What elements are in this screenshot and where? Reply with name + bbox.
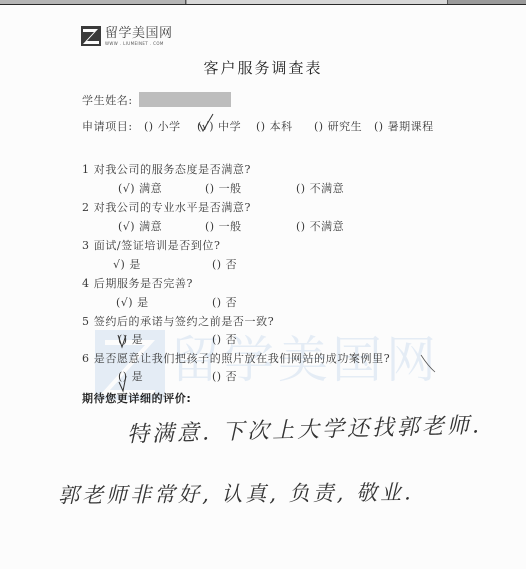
q1-option-unsatisfied[interactable]: () 不满意 — [296, 182, 344, 196]
question-5: 5 签约后的承诺与签约之前是否一致? — [82, 315, 274, 329]
q2-option-average-label: 一般 — [219, 220, 242, 233]
q2-option-satisfied[interactable]: (√) 满意 — [118, 220, 162, 234]
student-name-label: 学生姓名: — [82, 94, 133, 108]
q5-option-no[interactable]: () 否 — [212, 333, 237, 347]
form-title: 客户服务调查表 — [0, 58, 526, 78]
logo-name-cn: 留学美国网 — [105, 26, 173, 41]
program-option-undergrad[interactable]: () 本科 — [256, 120, 293, 134]
question-2: 2 对我公司的专业水平是否满意? — [82, 201, 251, 215]
q2-option-unsatisfied-label: 不满意 — [310, 220, 345, 233]
q4-option-yes[interactable]: (√) 是 — [116, 296, 149, 310]
logo-icon — [81, 26, 101, 46]
q2-option-average[interactable]: () 一般 — [205, 220, 242, 234]
handwritten-comment-line-2: 郭老师非常好, 认真, 负责, 敬业. — [58, 476, 414, 509]
q2-option-unsatisfied[interactable]: () 不满意 — [296, 220, 344, 234]
question-1-text: 对我公司的服务态度是否满意? — [94, 163, 251, 176]
program-option-primary[interactable]: () 小学 — [144, 120, 181, 134]
question-2-text: 对我公司的专业水平是否满意? — [94, 201, 251, 214]
q1-option-satisfied[interactable]: (√) 满意 — [118, 182, 162, 196]
logo-name-en: WWW . LIUMEINET . COM — [105, 41, 164, 46]
program-option-middle-school[interactable]: (√) 中学 — [197, 120, 241, 134]
program-option-graduate[interactable]: () 研究生 — [314, 120, 362, 134]
question-3-text: 面试/签证培训是否到位? — [94, 239, 221, 252]
question-4-text: 后期服务是否完善? — [94, 277, 193, 290]
window-tab-1[interactable] — [0, 0, 186, 4]
q3-option-no-label: 否 — [226, 258, 238, 271]
q6-option-no[interactable]: () 否 — [212, 370, 237, 384]
question-1-number: 1 — [82, 163, 90, 176]
q1-option-average[interactable]: () 一般 — [205, 182, 242, 196]
q6-option-yes-label: 是 — [132, 370, 144, 383]
student-name-redacted — [139, 92, 231, 107]
q5-option-yes[interactable]: () 是 — [118, 333, 143, 347]
question-3: 3 面试/签证培训是否到位? — [82, 239, 221, 253]
program-option-summer[interactable]: () 暑期课程 — [374, 120, 434, 134]
question-5-text: 签约后的承诺与签约之前是否一致? — [94, 315, 275, 328]
q1-option-unsatisfied-label: 不满意 — [310, 182, 345, 195]
q5-option-no-label: 否 — [226, 333, 238, 346]
question-4-number: 4 — [82, 277, 90, 290]
window-tab-2-active[interactable] — [187, 0, 448, 4]
q1-option-average-label: 一般 — [219, 182, 242, 195]
q3-option-no[interactable]: () 否 — [212, 258, 237, 272]
q1-option-satisfied-label: 满意 — [139, 182, 162, 195]
q5-option-yes-label: 是 — [132, 333, 144, 346]
question-5-number: 5 — [82, 315, 90, 328]
q6-option-yes[interactable]: () 是 — [118, 370, 143, 384]
question-4: 4 后期服务是否完善? — [82, 277, 193, 291]
q3-option-yes-label: 是 — [129, 258, 141, 271]
comment-label: 期待您更详细的评价: — [82, 392, 191, 406]
q4-option-no[interactable]: () 否 — [212, 296, 237, 310]
question-6: 6 是否愿意让我们把孩子的照片放在我们网站的成功案例里? — [82, 352, 390, 366]
q2-option-satisfied-label: 满意 — [139, 220, 162, 233]
q4-option-no-label: 否 — [226, 296, 238, 309]
question-1: 1 对我公司的服务态度是否满意? — [82, 163, 251, 177]
question-6-number: 6 — [82, 352, 90, 365]
program-label: 申请项目: — [82, 120, 133, 134]
q3-option-yes[interactable]: √) 是 — [113, 258, 141, 272]
q6-option-no-label: 否 — [226, 370, 238, 383]
question-6-text: 是否愿意让我们把孩子的照片放在我们网站的成功案例里? — [94, 352, 391, 365]
question-2-number: 2 — [82, 201, 90, 214]
company-logo: 留学美国网 WWW . LIUMEINET . COM — [81, 26, 181, 52]
q4-option-yes-label: 是 — [137, 296, 149, 309]
question-3-number: 3 — [82, 239, 90, 252]
